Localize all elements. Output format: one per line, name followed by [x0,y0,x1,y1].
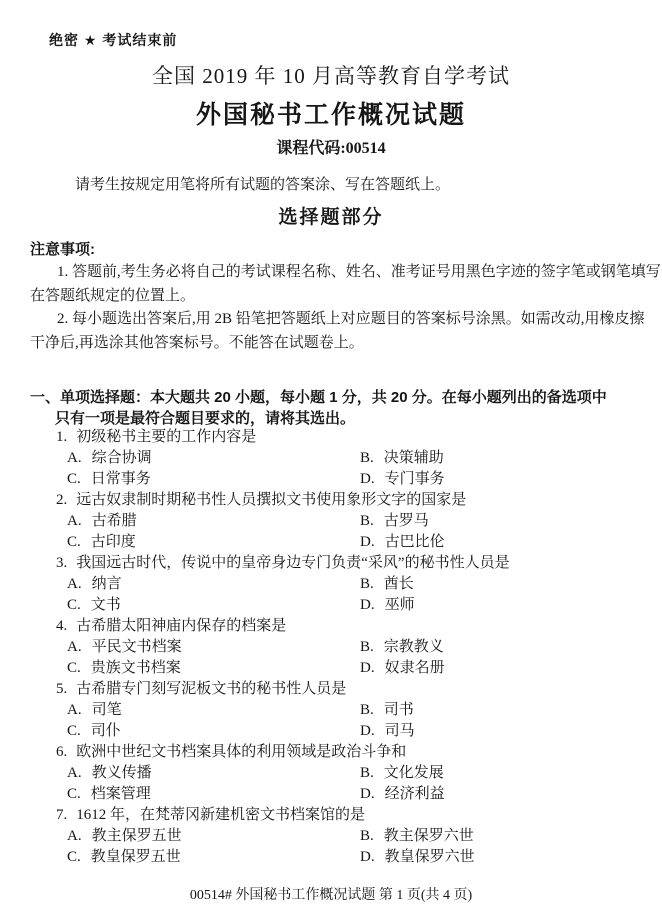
option-label: A. [67,700,82,721]
note-2-line-1: 2. 每小题选出答案后,用 2B 铅笔把答题纸上对应题目的答案标号涂黑。如需改动… [0,308,662,332]
option-text: 教主保罗五世 [92,828,182,844]
option-label: B. [360,826,374,847]
option-label: C. [67,658,81,679]
question-number: 3. [56,553,67,574]
option-c: C.教皇保罗五世 [67,847,360,868]
question-stem: 远古奴隶制时期秘书性人员撰拟文书使用象形文字的国家是 [76,492,466,508]
option-label: B. [360,763,374,784]
option-b: B.宗教教义 [360,637,444,658]
option-text: 综合协调 [92,450,152,466]
option-text: 司马 [385,723,415,739]
option-label: D. [360,658,375,679]
option-text: 古希腊 [92,513,137,529]
option-text: 古罗马 [384,513,429,529]
option-label: A. [67,574,82,595]
option-label: D. [360,469,375,490]
option-label: B. [360,511,374,532]
option-c: C.文书 [67,595,360,616]
option-c: C.司仆 [67,721,360,742]
question-stem: 欧洲中世纪文书档案具体的利用领域是政治斗争和 [76,744,406,760]
option-d: D.专门事务 [360,469,445,490]
option-a: A.古希腊 [67,511,360,532]
option-label: C. [67,595,81,616]
note-1-line-1: 1. 答题前,考生务必将自己的考试课程名称、姓名、准考证号用黑色字迹的签字笔或钢… [0,261,662,285]
option-text: 教义传播 [92,765,152,781]
option-b: B.决策辅助 [360,448,444,469]
question-2: 2.远古奴隶制时期秘书性人员撰拟文书使用象形文字的国家是 A.古希腊 B.古罗马… [0,490,662,553]
question-4: 4.古希腊太阳神庙内保存的档案是 A.平民文书档案 B.宗教教义 C.贵族文书档… [0,616,662,679]
options: A.纳言 B.酋长 C.文书 D.巫师 [0,574,662,616]
option-text: 贵族文书档案 [91,660,181,676]
options: A.平民文书档案 B.宗教教义 C.贵族文书档案 D.奴隶名册 [0,637,662,679]
mcq-heading-line-1: 一、单项选择题：本大题共 20 小题，每小题 1 分，共 20 分。在每小题列出… [0,387,662,408]
option-text: 经济利益 [385,786,445,802]
option-b: B.司书 [360,700,414,721]
option-d: D.司马 [360,721,415,742]
question-text: 7.1612 年，在梵蒂冈新建机密文书档案馆的是 [0,805,662,826]
option-text: 文书 [91,597,121,613]
option-b: B.古罗马 [360,511,429,532]
mcq-heading-line-2: 只有一项是最符合题目要求的，请将其选出。 [0,408,662,429]
option-text: 教皇保罗六世 [385,849,475,865]
question-stem: 古希腊专门刻写泥板文书的秘书性人员是 [76,681,346,697]
option-c: C.日常事务 [67,469,360,490]
question-list: 1.初级秘书主要的工作内容是 A.综合协调 B.决策辅助 C.日常事务 D.专门… [0,427,662,868]
option-text: 古巴比伦 [385,534,445,550]
question-number: 7. [56,805,67,826]
option-label: A. [67,511,82,532]
question-text: 6.欧洲中世纪文书档案具体的利用领域是政治斗争和 [0,742,662,763]
option-a: A.平民文书档案 [67,637,360,658]
option-text: 决策辅助 [384,450,444,466]
options: A.司笔 B.司书 C.司仆 D.司马 [0,700,662,742]
question-number: 1. [56,427,67,448]
question-text: 3.我国远古时代，传说中的皇帝身边专门负责“采风”的秘书性人员是 [0,553,662,574]
question-7: 7.1612 年，在梵蒂冈新建机密文书档案馆的是 A.教主保罗五世 B.教主保罗… [0,805,662,868]
option-d: D.经济利益 [360,784,445,805]
options: A.教义传播 B.文化发展 C.档案管理 D.经济利益 [0,763,662,805]
option-text: 平民文书档案 [92,639,182,655]
note-1-line-2: 在答题纸规定的位置上。 [0,285,662,309]
option-a: A.纳言 [67,574,360,595]
question-number: 2. [56,490,67,511]
option-d: D.巫师 [360,595,415,616]
option-label: D. [360,784,375,805]
option-text: 教皇保罗五世 [91,849,181,865]
option-text: 教主保罗六世 [384,828,474,844]
option-text: 日常事务 [91,471,151,487]
option-label: C. [67,469,81,490]
section-title: 选择题部分 [0,202,662,229]
option-label: C. [67,721,81,742]
option-label: C. [67,847,81,868]
option-text: 专门事务 [385,471,445,487]
mcq-section-heading: 一、单项选择题：本大题共 20 小题，每小题 1 分，共 20 分。在每小题列出… [0,387,662,429]
note-2-line-2: 干净后,再选涂其他答案标号。不能答在试题卷上。 [0,332,662,356]
question-text: 2.远古奴隶制时期秘书性人员撰拟文书使用象形文字的国家是 [0,490,662,511]
option-b: B.文化发展 [360,763,444,784]
question-5: 5.古希腊专门刻写泥板文书的秘书性人员是 A.司笔 B.司书 C.司仆 D.司马 [0,679,662,742]
question-number: 5. [56,679,67,700]
option-text: 宗教教义 [384,639,444,655]
options: A.古希腊 B.古罗马 C.古印度 D.古巴比伦 [0,511,662,553]
option-d: D.教皇保罗六世 [360,847,475,868]
option-label: B. [360,448,374,469]
option-label: A. [67,763,82,784]
option-d: D.古巴比伦 [360,532,445,553]
option-label: B. [360,574,374,595]
option-a: A.教主保罗五世 [67,826,360,847]
notes-heading: 注意事项: [30,238,95,259]
option-label: B. [360,637,374,658]
option-label: D. [360,532,375,553]
option-label: A. [67,637,82,658]
answer-sheet-instruction: 请考生按规定用笔将所有试题的答案涂、写在答题纸上。 [75,173,450,194]
option-label: C. [67,532,81,553]
question-number: 4. [56,616,67,637]
option-label: B. [360,700,374,721]
option-label: D. [360,847,375,868]
question-3: 3.我国远古时代，传说中的皇帝身边专门负责“采风”的秘书性人员是 A.纳言 B.… [0,553,662,616]
option-text: 司笔 [92,702,122,718]
option-b: B.酋长 [360,574,414,595]
option-c: C.古印度 [67,532,360,553]
option-text: 文化发展 [384,765,444,781]
course-code: 课程代码:00514 [0,135,662,158]
notes-block: 1. 答题前,考生务必将自己的考试课程名称、姓名、准考证号用黑色字迹的签字笔或钢… [0,261,662,355]
options: A.教主保罗五世 B.教主保罗六世 C.教皇保罗五世 D.教皇保罗六世 [0,826,662,868]
option-label: A. [67,448,82,469]
question-text: 1.初级秘书主要的工作内容是 [0,427,662,448]
option-c: C.贵族文书档案 [67,658,360,679]
options: A.综合协调 B.决策辅助 C.日常事务 D.专门事务 [0,448,662,490]
question-stem: 古希腊太阳神庙内保存的档案是 [76,618,286,634]
question-6: 6.欧洲中世纪文书档案具体的利用领域是政治斗争和 A.教义传播 B.文化发展 C… [0,742,662,805]
option-label: A. [67,826,82,847]
exam-title: 全国 2019 年 10 月高等教育自学考试 [0,60,662,90]
option-c: C.档案管理 [67,784,360,805]
question-number: 6. [56,742,67,763]
option-d: D.奴隶名册 [360,658,445,679]
option-text: 古印度 [91,534,136,550]
page-footer: 00514# 外国秘书工作概况试题 第 1 页(共 4 页) [0,884,662,904]
option-text: 司仆 [91,723,121,739]
option-label: C. [67,784,81,805]
option-text: 档案管理 [91,786,151,802]
option-label: D. [360,721,375,742]
option-a: A.司笔 [67,700,360,721]
option-text: 酋长 [384,576,414,592]
option-b: B.教主保罗六世 [360,826,474,847]
option-a: A.综合协调 [67,448,360,469]
question-1: 1.初级秘书主要的工作内容是 A.综合协调 B.决策辅助 C.日常事务 D.专门… [0,427,662,490]
option-text: 巫师 [385,597,415,613]
question-text: 4.古希腊太阳神庙内保存的档案是 [0,616,662,637]
paper-title: 外国秘书工作概况试题 [0,95,662,131]
classification-banner: 绝密 ★ 考试结束前 [49,30,177,50]
question-text: 5.古希腊专门刻写泥板文书的秘书性人员是 [0,679,662,700]
option-text: 司书 [384,702,414,718]
option-text: 奴隶名册 [385,660,445,676]
option-a: A.教义传播 [67,763,360,784]
option-label: D. [360,595,375,616]
question-stem: 我国远古时代，传说中的皇帝身边专门负责“采风”的秘书性人员是 [76,555,509,571]
question-stem: 初级秘书主要的工作内容是 [76,429,256,445]
exam-paper-page: 绝密 ★ 考试结束前 全国 2019 年 10 月高等教育自学考试 外国秘书工作… [0,0,662,923]
option-text: 纳言 [92,576,122,592]
question-stem: 1612 年，在梵蒂冈新建机密文书档案馆的是 [76,807,365,823]
